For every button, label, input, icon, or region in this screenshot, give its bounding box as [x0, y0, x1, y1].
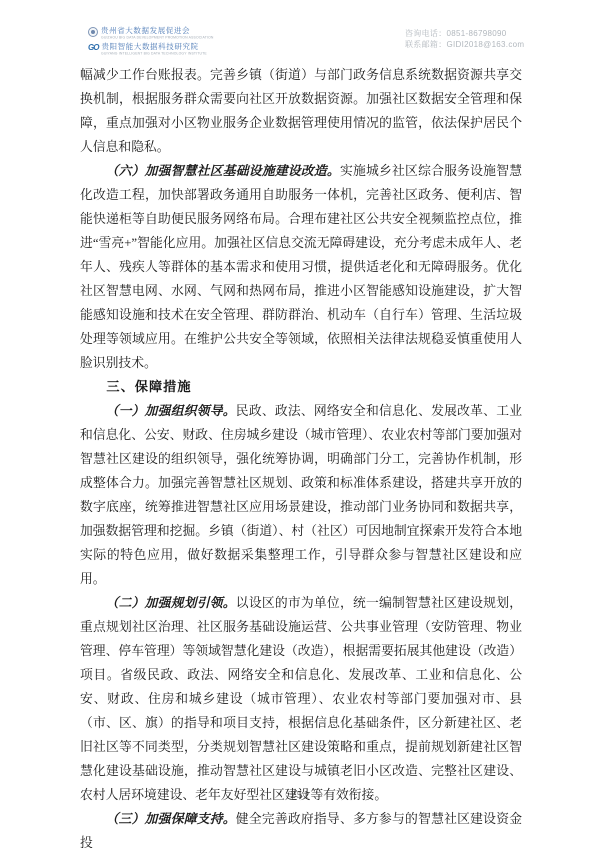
- page-number: 251: [290, 789, 310, 801]
- paragraph-text: 实施城乡社区综合服务设施智慧化改造工程，加快部署政务通用自助服务一体机，完善社区…: [80, 164, 522, 370]
- contact-email-address: GIDI2018@163.com: [447, 40, 525, 49]
- association-name: 贵州省大数据发展促进会: [101, 27, 233, 35]
- paragraph-text: 幅减少工作台账报表。完善乡镇（街道）与部门政务信息系统数据资源共享交换机制，根据…: [80, 68, 522, 154]
- logo-association: 贵州省大数据发展促进会 GUIZHOU BIG DATA DEVELOPMENT…: [88, 27, 233, 40]
- paragraph-text: 以设区的市为单位，统一编制智慧社区建设规划，重点规划社区治理、社区服务基础设施运…: [80, 596, 522, 802]
- paragraph-continuation: 幅减少工作台账报表。完善乡镇（街道）与部门政务信息系统数据资源共享交换机制，根据…: [80, 63, 522, 159]
- contact-phone: 咨询电话：0851-86798090: [405, 28, 524, 39]
- contact-phone-number: 0851-86798090: [447, 29, 507, 38]
- association-name-english: GUIZHOU BIG DATA DEVELOPMENT PROMOTION A…: [101, 36, 214, 39]
- section-heading-3: 三、保障措施: [80, 375, 522, 399]
- paragraph-measure-2: （二）加强规划引领。以设区的市为单位，统一编制智慧社区建设规划，重点规划社区治理…: [80, 591, 522, 807]
- page-footer: 251: [0, 789, 600, 801]
- header-logo-group: 贵州省大数据发展促进会 GUIZHOU BIG DATA DEVELOPMENT…: [88, 27, 233, 59]
- institute-emblem-icon: GO: [88, 43, 98, 52]
- logo-institute: GO 贵阳智能大数据科技研究院 GUIYANG INTELLIGENT BIG …: [88, 43, 233, 56]
- document-page: 贵州省大数据发展促进会 GUIZHOU BIG DATA DEVELOPMENT…: [0, 0, 600, 848]
- paragraph-lead: （三）加强保障支持。: [106, 812, 236, 826]
- institute-name: 贵阳智能大数据科技研究院: [101, 43, 226, 51]
- paragraph-lead: （二）加强规划引领。: [106, 596, 236, 610]
- document-body: 幅减少工作台账报表。完善乡镇（街道）与部门政务信息系统数据资源共享交换机制，根据…: [80, 63, 522, 848]
- contact-email-label: 联系邮箱：: [405, 40, 447, 49]
- paragraph-lead: （一）加强组织领导。: [106, 404, 236, 418]
- paragraph-measure-1: （一）加强组织领导。民政、政法、网络安全和信息化、发展改革、工业和信息化、公安、…: [80, 399, 522, 591]
- contact-email: 联系邮箱：GIDI2018@163.com: [405, 39, 524, 50]
- contact-phone-label: 咨询电话：: [405, 29, 447, 38]
- association-emblem-icon: [88, 27, 98, 37]
- paragraph-lead: （六）加强智慧社区基础设施建设改造。: [106, 164, 340, 178]
- institute-name-english: GUIYANG INTELLIGENT BIG DATA TECHNOLOGY …: [101, 52, 207, 55]
- paragraph-measure-3: （三）加强保障支持。健全完善政府指导、多方参与的智慧社区建设资金投: [80, 807, 522, 848]
- contact-info: 咨询电话：0851-86798090 联系邮箱：GIDI2018@163.com: [405, 28, 524, 50]
- paragraph-section-6: （六）加强智慧社区基础设施建设改造。实施城乡社区综合服务设施智慧化改造工程，加快…: [80, 159, 522, 375]
- paragraph-text: 民政、政法、网络安全和信息化、发展改革、工业和信息化、公安、财政、住房城乡建设（…: [80, 404, 522, 586]
